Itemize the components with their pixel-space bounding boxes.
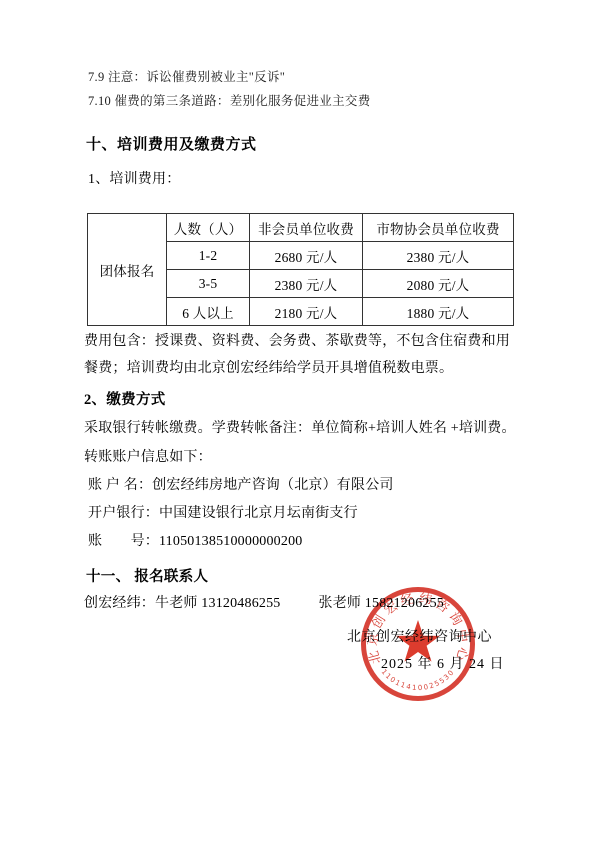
fee-cell-count: 6 人以上 [167, 298, 250, 326]
fee-table-header-row: 团体报名 人数（人） 非会员单位收费 市物协会员单位收费 [88, 214, 514, 242]
fee-cell-nonmember: 2180 元/人 [250, 298, 363, 326]
contact-chuanghong: 创宏经纬：牛老师 13120486255 [84, 596, 281, 611]
fee-cell-member: 1880 元/人 [363, 298, 514, 326]
fee-note-line-1: 费用包含：授课费、资料费、会务费、茶歇费等，不包含住宿费和用 [84, 333, 510, 351]
fee-table-group-cell: 团体报名 [88, 214, 167, 326]
transfer-intro: 转账账户信息如下： [84, 449, 212, 467]
payment-method-heading: 2、缴费方式 [84, 391, 166, 409]
fee-cell-nonmember: 2380 元/人 [250, 270, 363, 298]
account-name-line: 账 户 名：创宏经纬房地产咨询（北京）有限公司 [88, 477, 394, 495]
fee-note-line-2: 餐费；培训费均由北京创宏经纬给学员开具增值税数电票。 [84, 360, 453, 378]
account-number-line: 账 号：11050138510000000200 [88, 533, 302, 551]
note-7-10: 7.10 催费的第三条道路：差别化服务促进业主交费 [88, 94, 371, 110]
section-10-heading: 十、培训费用及缴费方式 [86, 136, 257, 155]
bank-line: 开户银行：中国建设银行北京月坛南街支行 [88, 505, 358, 523]
fee-table: 团体报名 人数（人） 非会员单位收费 市物协会员单位收费 1-2 2680 元/… [87, 213, 514, 326]
payment-note: 采取银行转帐缴费。学费转帐备注：单位简称+培训人姓名 +培训费。 [84, 420, 516, 438]
fee-cell-nonmember: 2680 元/人 [250, 242, 363, 270]
seal-serial-number: 11011410025530 [380, 668, 457, 692]
note-7-9: 7.9 注意：诉讼催费别被业主"反诉" [88, 70, 285, 86]
fee-cell-count: 3-5 [167, 270, 250, 298]
fee-cell-count: 1-2 [167, 242, 250, 270]
document-page: 7.9 注意：诉讼催费别被业主"反诉" 7.10 催费的第三条道路：差别化服务促… [0, 0, 600, 848]
fee-cell-member: 2380 元/人 [363, 242, 514, 270]
training-fee-subheading: 1、培训费用： [88, 171, 180, 189]
fee-table-header-nonmember: 非会员单位收费 [250, 214, 363, 242]
fee-table-header-member: 市物协会员单位收费 [363, 214, 514, 242]
seal-star-icon [396, 620, 440, 662]
fee-table-header-count: 人数（人） [167, 214, 250, 242]
company-seal: 北京创宏经纬咨询中心 11011410025530 [358, 584, 478, 704]
section-11-heading: 十一、 报名联系人 [86, 568, 208, 586]
fee-cell-member: 2080 元/人 [363, 270, 514, 298]
